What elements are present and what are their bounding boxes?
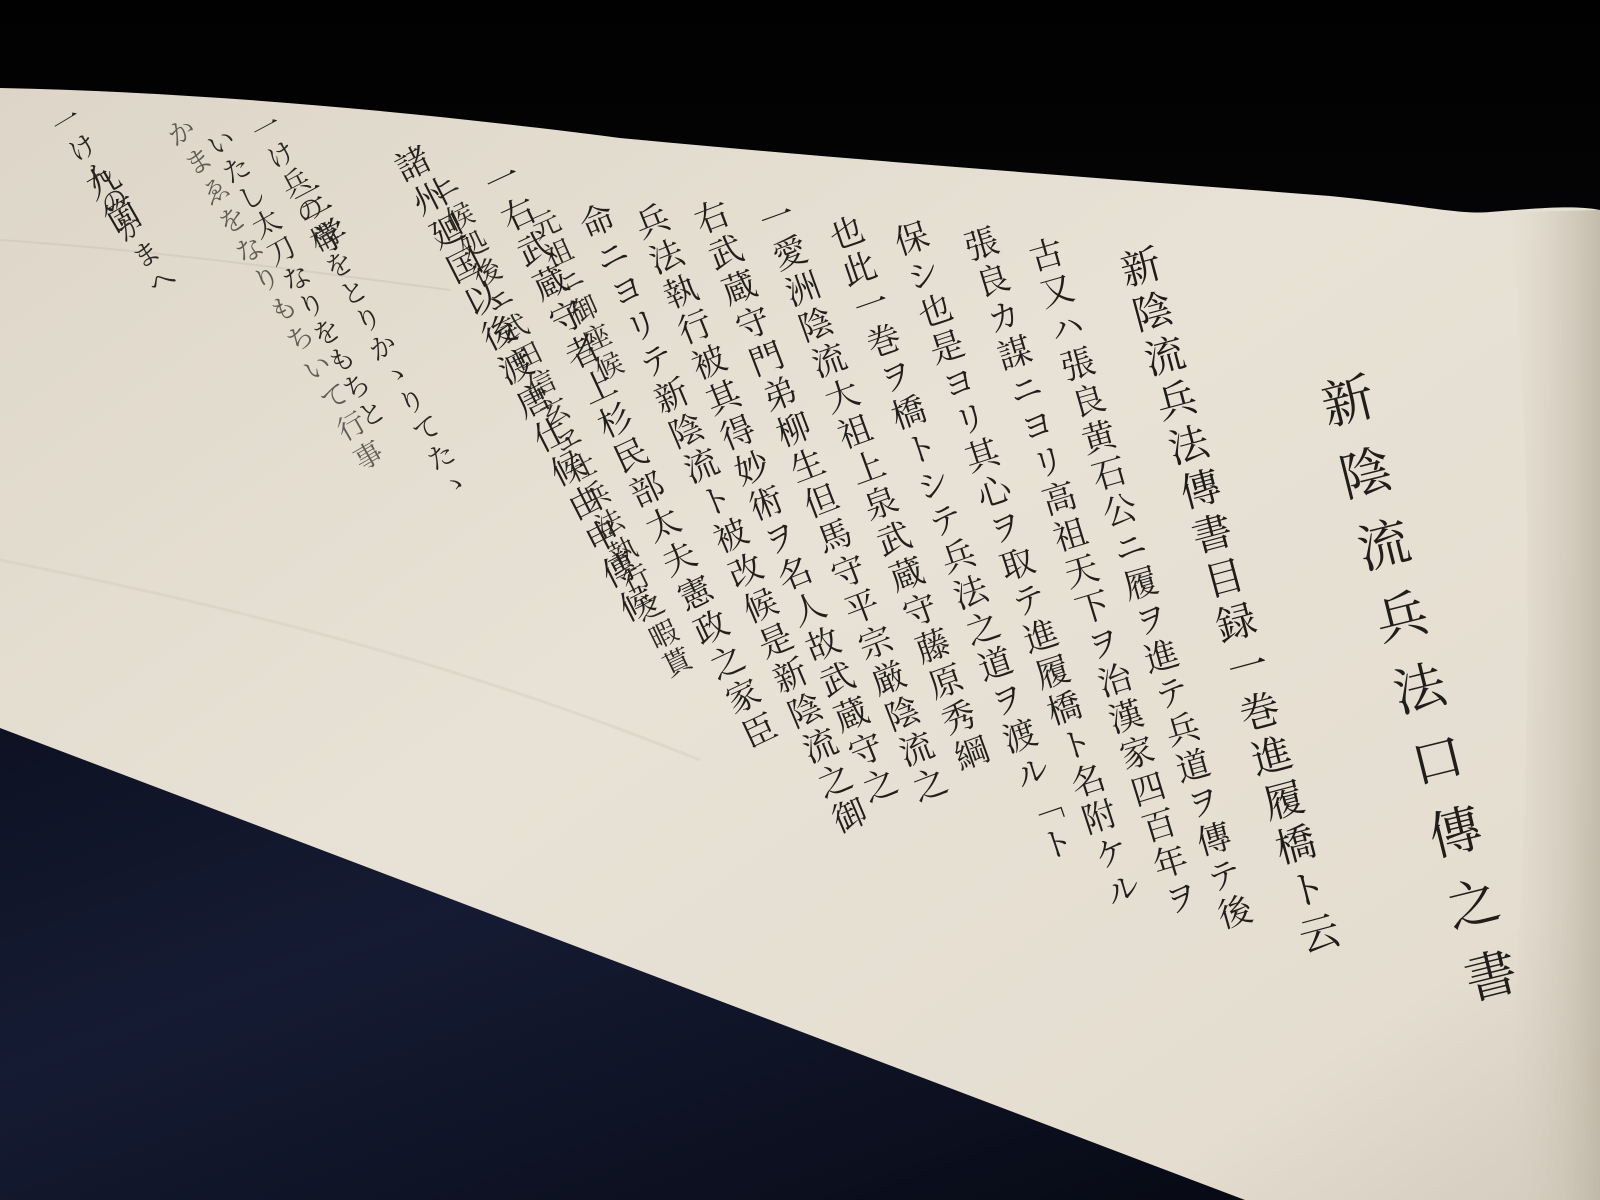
scroll-paper: 新陰流兵法口傳之書 新陰流兵法傳書目録一巻進履橋ト云 古又ハ張良黄石公ニ履ヲ進テ… <box>0 0 1600 1200</box>
